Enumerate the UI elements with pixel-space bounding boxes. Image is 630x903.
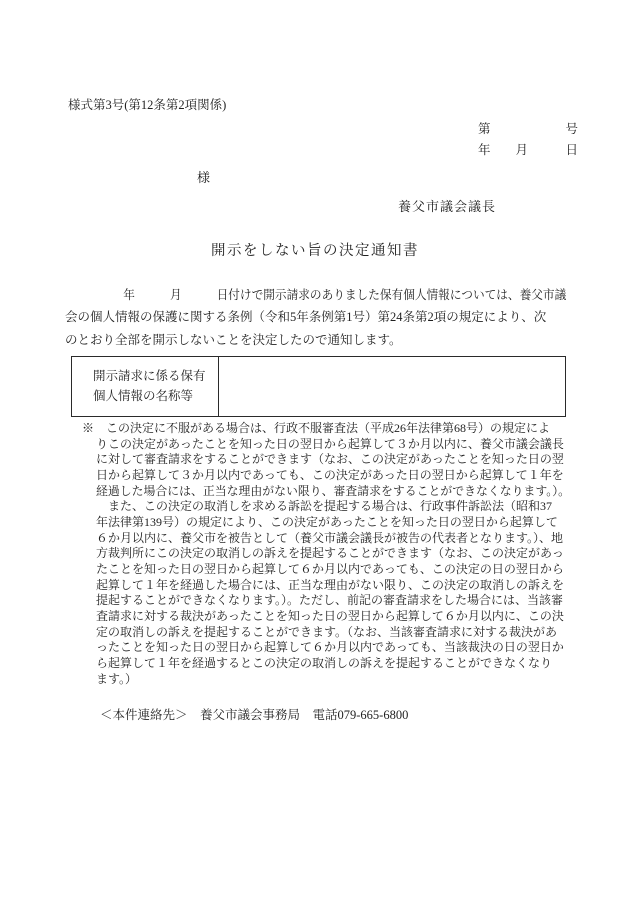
date-line: 年 月 日 xyxy=(478,140,578,161)
form-number: 様式第3号(第12条第2項関係) xyxy=(68,95,226,113)
table-row-label: 開示請求に係る保有個人情報の名称等 xyxy=(93,367,211,406)
note-line: 経過した場合には、正当な理由がない限り、審査請求をすることができなくなります。）… xyxy=(96,484,565,500)
note-line: ます。） xyxy=(96,672,570,688)
note-block: ※ この決定に不服がある場合は、行政不服審査法（平成26年法律第68号）の規定に… xyxy=(96,421,570,687)
table-label-cell: 開示請求に係る保有個人情報の名称等 xyxy=(72,357,219,416)
note-line: ６か月以内に、養父市を被告として（養父市議会議長が被告の代表者となります。）、地 xyxy=(96,531,570,547)
body-paragraph: 年 月 日付けで開示請求のありました保有個人情報については、養父市議会の個人情報… xyxy=(65,284,566,351)
note-line: 方裁判所にこの決定の取消しの訴えを提起することができます（なお、この決定があっ xyxy=(96,546,570,562)
table-row-value xyxy=(219,357,565,416)
note-line: 査請求に対する裁決があったことを知った日の翌日から起算して６か月以内に、この決 xyxy=(96,609,570,625)
note-line: 定の取消しの訴えを提起することができます。（なお、当該審査請求に対する裁決があ xyxy=(96,625,570,641)
document-number-line: 第 号 xyxy=(478,119,578,140)
reference-block: 第 号 年 月 日 xyxy=(478,119,578,160)
body-line: 年 月 日付けで開示請求のありました保有個人情報については、養父市議 xyxy=(65,284,532,306)
contact-line: ＜本件連絡先＞ 養父市議会事務局 電話079-665-6800 xyxy=(100,705,408,723)
document-page: 様式第3号(第12条第2項関係) 第 号 年 月 日 様 養父市議会議長 開示を… xyxy=(0,0,630,903)
sender-title: 養父市議会議長 xyxy=(398,196,496,215)
body-line: 会の個人情報の保護に関する条例（令和5年条例第1号）第24条第2項の規定により、… xyxy=(65,306,566,328)
document-title: 開示をしない旨の決定通知書 xyxy=(0,239,630,260)
addressee-honorific: 様 xyxy=(197,167,210,186)
note-line: 起算して１年を経過した場合には、正当な理由がない限り、この決定の取消しの訴えを xyxy=(96,578,570,594)
note-line: 年法律第139号）の規定により、この決定があったことを知った日の翌日から起算して xyxy=(96,515,570,531)
note-line: に対して審査請求をすることができます（なお、この決定があったことを知った日の翌 xyxy=(96,452,570,468)
note-line: ったことを知った日の翌日から起算して６か月以内であっても、当該裁決の日の翌日か xyxy=(96,640,570,656)
note-line: 提起することができなくなります。）。ただし、前記の審査請求をした場合には、当該審 xyxy=(96,593,570,609)
note-line: ら起算して１年を経過するとこの決定の取消しの訴えを提起することができなくなり xyxy=(96,656,570,672)
request-info-table: 開示請求に係る保有個人情報の名称等 xyxy=(71,356,566,417)
note-line: また、この決定の取消しを求める訴訟を提起する場合は、行政事件訴訟法（昭和37 xyxy=(96,499,570,515)
note-line: たことを知った日の翌日から起算して６か月以内であっても、この決定の日の翌日から xyxy=(96,562,570,578)
body-line: のとおり全部を開示しないことを決定したので通知します。 xyxy=(65,329,566,351)
note-line: 日から起算して３か月以内であっても、この決定があった日の翌日から起算して１年を xyxy=(96,468,570,484)
note-line: ※ この決定に不服がある場合は、行政不服審査法（平成26年法律第68号）の規定に… xyxy=(82,421,570,437)
note-line: りこの決定があったことを知った日の翌日から起算して３か月以内に、養父市議会議長 xyxy=(96,437,570,453)
